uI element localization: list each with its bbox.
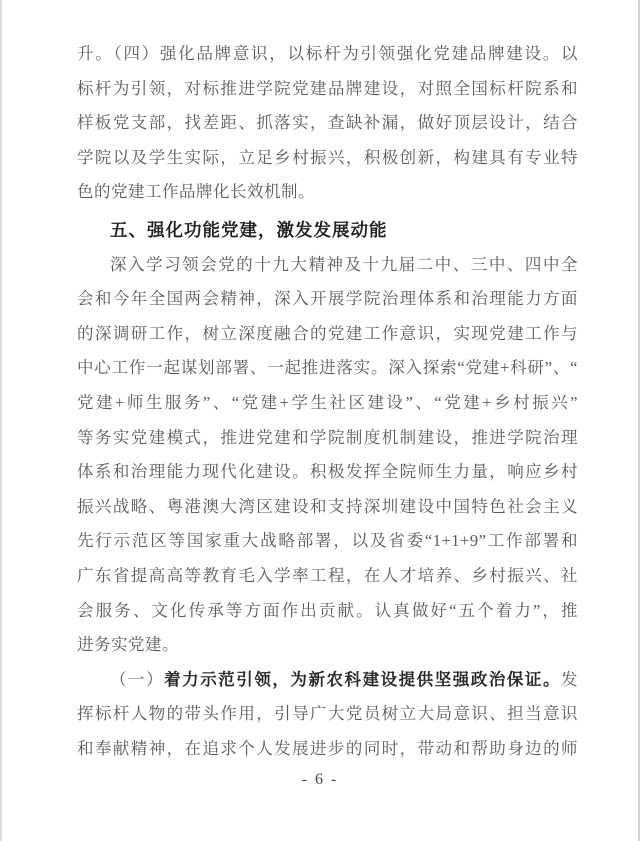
text-line: 样板党支部，找差距、抓落实，查缺补漏，做好顶层设计，结合 [77,106,578,141]
document-body: 升。（四）强化品牌意识，以标杆为引领强化党建品牌建设。以标杆为引领，对标推进学院… [2,0,638,766]
text-line: 升。（四）强化品牌意识，以标杆为引领强化党建品牌建设。以 [77,37,578,72]
text-run: 先行示范区等国家重大战略部署，以及省委“1+1+9”工作部署和 [77,531,578,550]
text-run: （一） [110,670,164,689]
text-line: 中心工作一起谋划部署、一起推进落实。深入探索“党建+科研”、“ [77,351,578,386]
text-run: 升。（四）强化品牌意识，以标杆为引领强化党建品牌建设。以 [77,44,578,63]
text-line: 会和今年全国两会精神，深入开展学院治理体系和治理能力方面 [77,282,578,317]
text-line: 等务实党建模式，推进党建和学院制度机制建设，推进学院治理 [77,421,578,456]
text-run: 进务实党建。 [77,635,179,654]
text-run: 深入学习领会党的十九大精神及十九届二中、三中、四中全 [110,255,578,274]
document-page: 升。（四）强化品牌意识，以标杆为引领强化党建品牌建设。以标杆为引领，对标推进学院… [0,0,640,841]
text-run: 的深调研工作，树立深度融合的党建工作意识，实现党建工作与 [77,324,578,343]
text-line: 和奉献精神，在追求个人发展进步的同时，带动和帮助身边的师 [77,732,578,767]
text-line: 会服务、文化传承等方面作出贡献。认真做好“五个着力”，推 [77,594,578,629]
text-run: 标杆为引领，对标推进学院党建品牌建设，对照全国标杆院系和 [77,79,578,98]
text-line: 的深调研工作，树立深度融合的党建工作意识，实现党建工作与 [77,317,578,352]
text-run: 体系和治理能力现代化建设。积极发挥全院师生力量，响应乡村 [77,462,578,481]
text-line: 体系和治理能力现代化建设。积极发挥全院师生力量，响应乡村 [77,455,578,490]
text-run: 发 [561,670,578,689]
text-run: 等务实党建模式，推进党建和学院制度机制建设，推进学院治理 [77,428,578,447]
text-run: 会和今年全国两会精神，深入开展学院治理体系和治理能力方面 [77,289,578,308]
page-number: - 6 - [2,771,638,789]
text-run: 广东省提高高等教育毛入学率工程，在人才培养、乡村振兴、社 [77,566,578,585]
text-line: 振兴战略、粤港澳大湾区建设和支持深圳建设中国特色社会主义 [77,490,578,525]
text-line: 党建+师生服务”、“党建+学生社区建设”、“党建+乡村振兴” [77,386,578,421]
text-line: 学院以及学生实际，立足乡村振兴，积极创新，构建具有专业特 [77,141,578,176]
text-line: 深入学习领会党的十九大精神及十九届二中、三中、四中全 [77,248,578,283]
text-run: 党建+师生服务”、“党建+学生社区建设”、“党建+乡村振兴” [77,393,578,412]
text-line: 进务实党建。 [77,628,578,663]
text-line: 先行示范区等国家重大战略部署，以及省委“1+1+9”工作部署和 [77,524,578,559]
text-run: 振兴战略、粤港澳大湾区建设和支持深圳建设中国特色社会主义 [77,497,578,516]
text-line: 标杆为引领，对标推进学院党建品牌建设，对照全国标杆院系和 [77,72,578,107]
bold-text-run: 着力示范引领，为新农科建设提供坚强政治保证。 [164,670,561,689]
text-run: 样板党支部，找差距、抓落实，查缺补漏，做好顶层设计，结合 [77,113,578,132]
text-run: 色的党建工作品牌化长效机制。 [77,182,315,201]
text-line: 挥标杆人物的带头作用，引导广大党员树立大局意识、担当意识 [77,697,578,732]
bold-text-run: 五、强化功能党建，激发发展动能 [110,220,388,240]
section-heading: 五、强化功能党建，激发发展动能 [77,213,578,248]
text-line: （一）着力示范引领，为新农科建设提供坚强政治保证。发 [77,663,578,698]
text-run: 会服务、文化传承等方面作出贡献。认真做好“五个着力”，推 [77,601,578,620]
text-run: 挥标杆人物的带头作用，引导广大党员树立大局意识、担当意识 [77,704,578,723]
text-line: 广东省提高高等教育毛入学率工程，在人才培养、乡村振兴、社 [77,559,578,594]
text-run: 学院以及学生实际，立足乡村振兴，积极创新，构建具有专业特 [77,148,578,167]
text-run: 和奉献精神，在追求个人发展进步的同时，带动和帮助身边的师 [77,739,578,758]
text-line: 色的党建工作品牌化长效机制。 [77,175,578,210]
text-run: 中心工作一起谋划部署、一起推进落实。深入探索“党建+科研”、“ [77,358,578,377]
